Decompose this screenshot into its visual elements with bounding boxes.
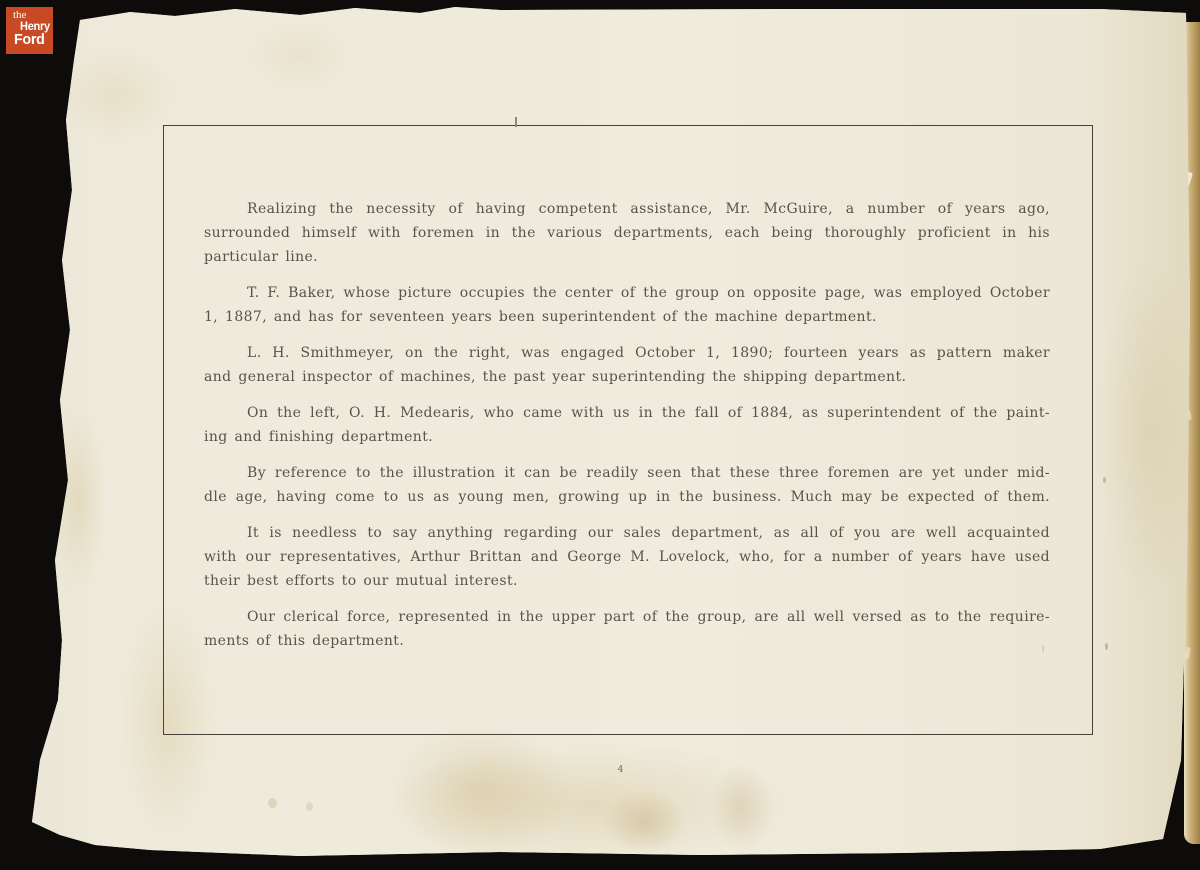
paragraph: Our clerical force, represented in the u… xyxy=(204,605,1050,653)
text-line: Realizing the necessity of having compet… xyxy=(204,197,1050,221)
text-line: surrounded himself with foremen in the v… xyxy=(204,221,1050,245)
text-line: T. F. Baker, whose picture occupies the … xyxy=(204,281,1050,305)
stain-spot xyxy=(268,798,277,808)
paragraph: It is needless to say anything regarding… xyxy=(204,521,1050,593)
scanned-page: Realizing the necessity of having compet… xyxy=(0,0,1200,870)
paragraph: L. H. Smithmeyer, on the right, was enga… xyxy=(204,341,1050,389)
text-line: their best efforts to our mutual interes… xyxy=(204,569,1050,593)
logo-word-ford: Ford xyxy=(14,31,45,48)
henry-ford-logo: the Henry Ford xyxy=(6,7,53,54)
register-tick-mark xyxy=(515,117,517,127)
text-line: 1, 1887, and has for seventeen years bee… xyxy=(204,305,1050,329)
text-line: ing and finishing department. xyxy=(204,425,1050,449)
page-edge-notch xyxy=(1185,647,1191,660)
scan-viewport: { "logo": { "the": "the", "henry": "Henr… xyxy=(0,0,1200,870)
text-line: L. H. Smithmeyer, on the right, was enga… xyxy=(204,341,1050,365)
text-line: ments of this department. xyxy=(204,629,1050,653)
paragraph: On the left, O. H. Medearis, who came wi… xyxy=(204,401,1050,449)
text-line: By reference to the illustration it can … xyxy=(204,461,1050,485)
paragraph: T. F. Baker, whose picture occupies the … xyxy=(204,281,1050,329)
text-line: particular line. xyxy=(204,245,1050,269)
text-block: Realizing the necessity of having compet… xyxy=(204,197,1050,653)
stain-spot xyxy=(306,802,313,811)
text-line: and general inspector of machines, the p… xyxy=(204,365,1050,389)
text-line: Our clerical force, represented in the u… xyxy=(204,605,1050,629)
foxing-speck xyxy=(1105,643,1108,650)
text-line: On the left, O. H. Medearis, who came wi… xyxy=(204,401,1050,425)
text-line: dle age, having come to us as young men,… xyxy=(204,485,1050,509)
paragraph: By reference to the illustration it can … xyxy=(204,461,1050,509)
foxing-speck xyxy=(1103,477,1106,483)
text-line: It is needless to say anything regarding… xyxy=(204,521,1050,545)
text-line: with our representatives, Arthur Brittan… xyxy=(204,545,1050,569)
paragraph: Realizing the necessity of having compet… xyxy=(204,197,1050,269)
page-number: 4 xyxy=(566,765,676,775)
foxing-speck xyxy=(1042,645,1044,653)
